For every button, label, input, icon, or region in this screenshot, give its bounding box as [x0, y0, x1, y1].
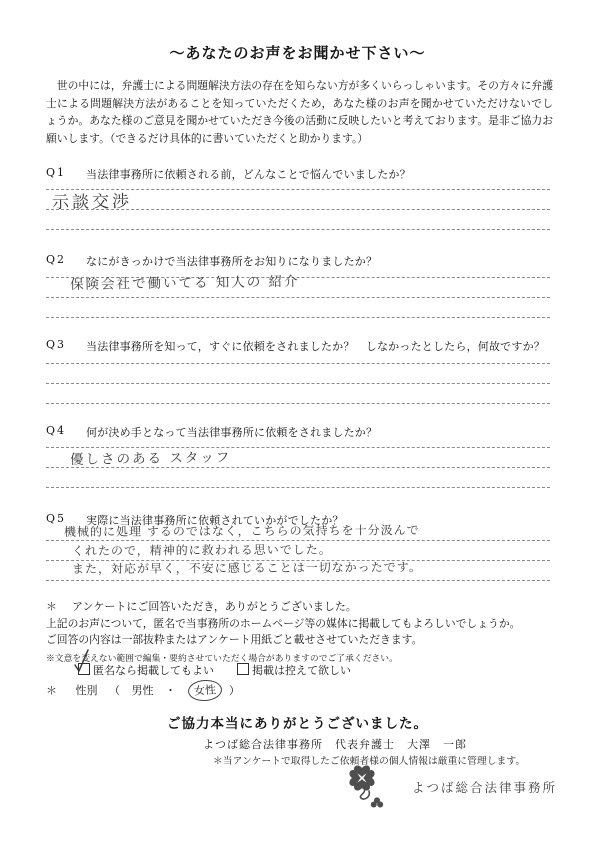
gender-option-male: 男性: [132, 684, 154, 697]
dashed-line: [46, 210, 550, 230]
handwritten-answer-q2: 保険会社で働いてる 知人の 紹介: [70, 270, 300, 293]
dashed-line: [46, 364, 550, 384]
handwritten-answer-q5-line3: また，対応が早く，不安に感じることは一切なかったです。: [72, 558, 422, 577]
footer-thanks: ご協力本当にありがとうございました。: [0, 712, 595, 732]
gender-option-female-circled: 女性: [187, 679, 222, 702]
dashed-line: [46, 298, 550, 318]
answer-lines-q3: [46, 344, 550, 404]
gender-paren-open: （: [109, 684, 120, 697]
dashed-line: [46, 468, 550, 488]
permission-line-1: 上記のお声について，匿名で当事務所のホームページ等の媒体に掲載してもよろしいでし…: [46, 616, 553, 631]
asterisk-bullet: ＊: [46, 682, 64, 698]
page-title: ～あなたのお声をお聞かせ下さい～: [0, 42, 595, 63]
gender-label: 性別: [76, 684, 98, 697]
dashed-line: [46, 428, 550, 448]
closing-thanks-line: ＊アンケートにご回答いただき，ありがとうございました。: [46, 598, 553, 614]
permission-line-2: ご回答の内容は一部抜粋またはアンケート用紙ごと載せさせていただきます。: [46, 632, 553, 647]
firm-name-logo-text: よつば総合法律事務所: [412, 778, 557, 796]
handwritten-answer-q5-line1: 機械的に処理 するのではなく，こちらの気持ちを十分汲んで: [64, 521, 420, 540]
checkbox-decline-publish: [237, 663, 249, 675]
option-allow-label: 匿名なら掲載してもよい: [93, 664, 214, 677]
option-deny-label: 掲載は控えて欲しい: [252, 664, 351, 677]
footer-signature: よつば総合法律事務所 代表弁護士 大澤 一郎: [203, 736, 467, 752]
gender-separator: ・: [165, 684, 176, 697]
asterisk-bullet: ＊: [46, 598, 72, 614]
handwritten-answer-q1: 示談交渉: [52, 187, 132, 213]
option-decline-publish: 掲載は控えて欲しい: [237, 662, 351, 678]
closing-thanks-text: アンケートにご回答いただき，ありがとうございました。: [72, 600, 357, 613]
handwritten-check-icon: [71, 648, 93, 674]
dashed-line: [46, 344, 550, 364]
gender-paren-close: ）: [229, 684, 240, 697]
gender-row: ＊ 性別 （ 男性 ・ 女性 ）: [46, 680, 248, 701]
option-allow-anonymous: 匿名なら掲載してもよい: [78, 662, 214, 678]
handwritten-answer-q5-line2: くれたので，精神的に救われる思いでした。: [72, 541, 332, 559]
handwritten-answer-q4: 優しさのある スタッフ: [70, 446, 232, 468]
intro-paragraph: 世の中には，弁護士による問題解決方法の存在を知らない方が多くいらっしゃいます。そ…: [46, 77, 553, 147]
scanned-questionnaire-page: ～あなたのお声をお聞かせ下さい～ 世の中には，弁護士による問題解決方法の存在を知…: [0, 0, 595, 842]
dashed-line: [46, 384, 550, 404]
four-leaf-clover-icon: [344, 763, 396, 811]
